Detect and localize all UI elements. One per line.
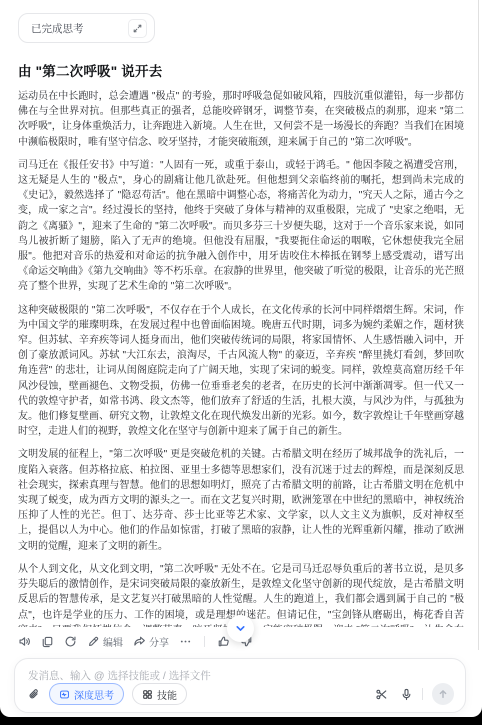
share-button[interactable]: 分享 (133, 634, 169, 649)
deep-think-toggle[interactable]: 深度思考 (49, 683, 124, 705)
paperclip-icon (28, 688, 41, 701)
message-composer[interactable]: 发消息、输入 @ 选择技能或 / 选择文件 深度思考 (14, 658, 466, 713)
skills-label: 技能 (157, 687, 177, 702)
send-button[interactable] (432, 683, 454, 705)
composer-divider (422, 688, 423, 700)
scrollbar-track[interactable] (478, 0, 479, 650)
edit-label: 编辑 (103, 634, 123, 649)
composer-toolbar: 深度思考 技能 (24, 683, 454, 705)
chevron-down-icon (234, 622, 247, 635)
scroll-to-bottom-button[interactable] (227, 615, 254, 642)
answer-body: 运动员在中长跑时，总会遭遇 "极点" 的考验，那时呼吸急促如破风箱，四肢沉重似灌… (18, 89, 464, 627)
expand-thinking-icon[interactable] (128, 19, 147, 38)
voice-input-button[interactable] (400, 688, 413, 701)
copy-button[interactable] (41, 635, 54, 648)
skills-button[interactable]: 技能 (132, 683, 187, 705)
thinking-complete-button[interactable]: 已完成思考 (18, 13, 155, 43)
answer-title: 由 "第二次呼吸" 说开去 (18, 60, 464, 80)
message-toolbar: 编辑 分享 (18, 631, 253, 651)
answer-paragraph: 司马迁在《报任安书》中写道："人固有一死，或重于泰山，或轻于鸿毛。" 他因李陵之… (18, 158, 464, 295)
microphone-icon (400, 688, 413, 701)
edit-pencil-icon (87, 635, 100, 648)
screenshot-clip-button[interactable] (375, 688, 388, 701)
refresh-icon (64, 635, 77, 648)
answer-paragraph: 这种突破极限的 "第二次呼吸"，不仅存在于个人成长，在文化传承的长河中同样熠熠生… (18, 303, 464, 440)
share-icon (133, 635, 146, 648)
share-label: 分享 (149, 634, 169, 649)
speaker-icon (18, 635, 31, 648)
thinking-complete-label: 已完成思考 (31, 21, 84, 36)
composer-input[interactable]: 发消息、输入 @ 选择技能或 / 选择文件 (28, 668, 211, 683)
answer-paragraph: 文明发展的征程上，"第二次呼吸" 更是突破危机的关键。古希腊文明在经历了城邦战争… (18, 447, 464, 553)
skills-blocks-icon (142, 689, 153, 700)
thumbs-up-button[interactable] (217, 635, 230, 648)
toolbar-divider (204, 636, 205, 647)
deep-think-label: 深度思考 (74, 687, 114, 702)
more-actions-button[interactable] (179, 635, 192, 648)
send-arrow-icon (437, 688, 449, 700)
chat-window: 已完成思考 由 "第二次呼吸" 说开去 运动员在中长跑时，总会遭遇 "极点" 的… (0, 0, 482, 717)
thumbs-up-icon (217, 635, 230, 648)
copy-icon (41, 635, 54, 648)
deep-think-icon (59, 689, 70, 700)
regenerate-button[interactable] (64, 635, 77, 648)
edit-button[interactable]: 编辑 (87, 634, 123, 649)
attach-file-button[interactable] (28, 688, 41, 701)
scissors-icon (375, 688, 388, 701)
assistant-message: 已完成思考 由 "第二次呼吸" 说开去 运动员在中长跑时，总会遭遇 "极点" 的… (0, 0, 482, 627)
answer-paragraph: 运动员在中长跑时，总会遭遇 "极点" 的考验，那时呼吸急促如破风箱，四肢沉重似灌… (18, 89, 464, 150)
more-dots-icon (179, 635, 192, 648)
read-aloud-button[interactable] (18, 635, 31, 648)
